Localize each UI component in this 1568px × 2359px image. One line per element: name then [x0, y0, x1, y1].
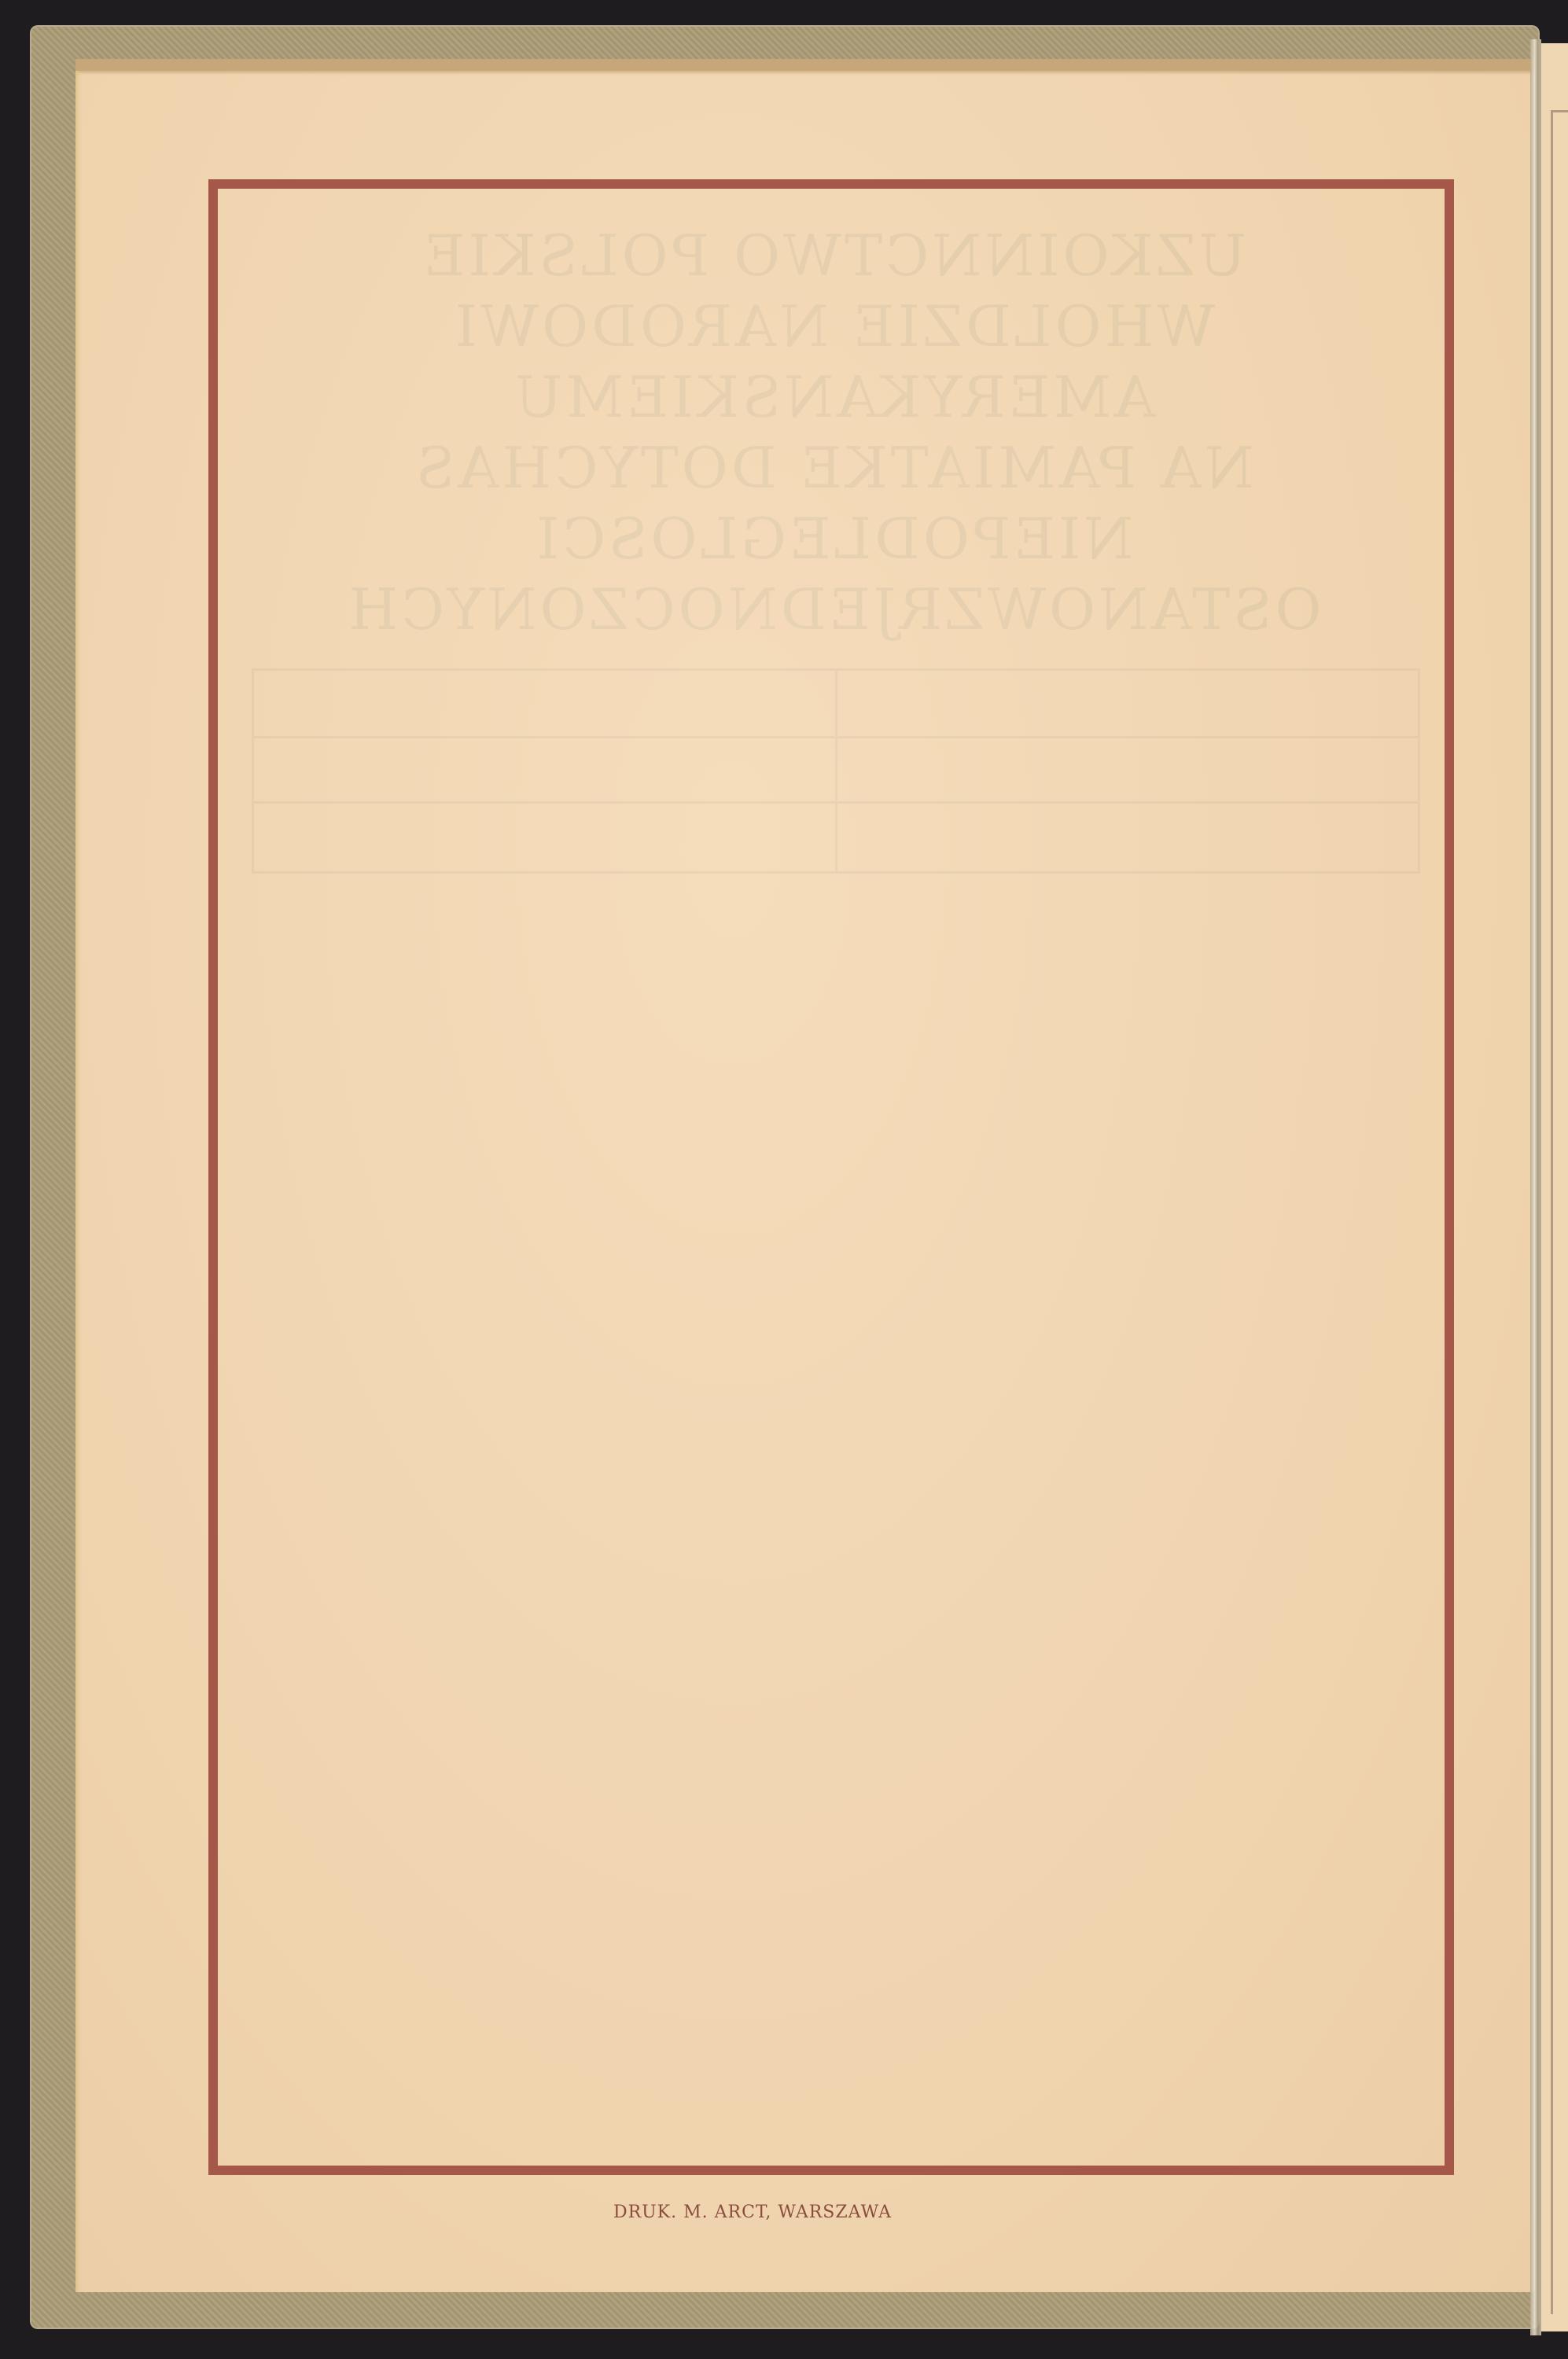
- facing-page-frame: [1551, 110, 1568, 2314]
- bleed-through-table: [252, 668, 1420, 874]
- decorative-red-frame: [208, 179, 1454, 2175]
- page-top-edge: [75, 59, 1535, 71]
- printer-imprint: DRUK. M. ARCT, WARSZAWA: [0, 2203, 1568, 2222]
- book-spine-gutter: [1530, 39, 1541, 2335]
- printer-imprint-text: DRUK. M. ARCT, WARSZAWA: [613, 2203, 892, 2222]
